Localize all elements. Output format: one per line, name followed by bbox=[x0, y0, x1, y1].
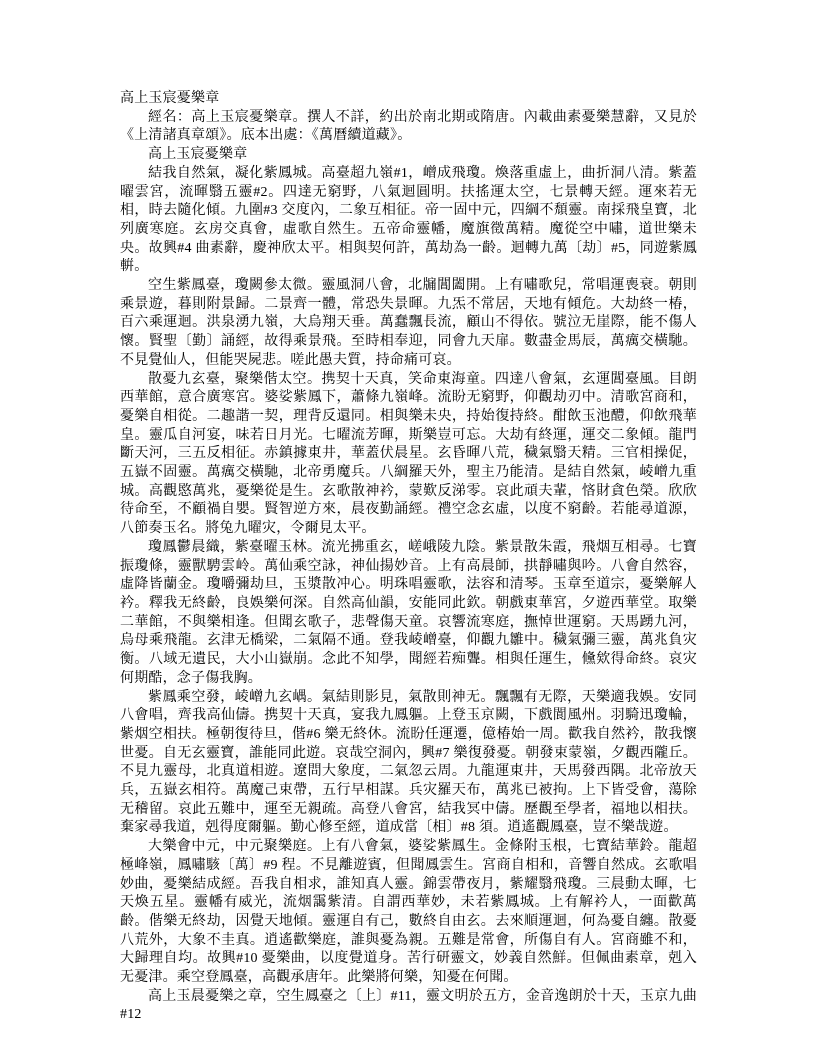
paragraph-stanza-6: 大樂會中元，中元聚樂庭。上有八會氣，婆娑紫鳳生。金條附玉根，七寶結華鈴。龍超極峰… bbox=[120, 838, 697, 988]
document-title: 高上玉宸憂樂章 bbox=[120, 90, 697, 109]
paragraph-closing: 高上玉晨憂樂之章，空生鳳臺之〔上〕#11，靈文明於五方，金音逸朗於十天，玉京九曲… bbox=[120, 988, 697, 1025]
paragraph-inner-title: 高上玉宸憂樂章 bbox=[120, 146, 697, 165]
paragraph-colophon: 經名：高上玉宸憂樂章。撰人不詳，約出於南北期或隋唐。內載曲素憂樂慧辭，又見於《上… bbox=[120, 109, 697, 146]
document-page: 高上玉宸憂樂章 經名：高上玉宸憂樂章。撰人不詳，約出於南北期或隋唐。內載曲素憂樂… bbox=[0, 0, 816, 1056]
paragraph-stanza-2: 空生紫鳳臺，瓊闕參太微。靈風洞八會，北牖閶闔開。上有嘯歌兒，常唱運喪衰。朝則乘景… bbox=[120, 277, 697, 371]
paragraph-stanza-3: 散憂九玄臺，聚樂偕太空。携契十天真，笑命東海童。四達八會氣，玄運閶臺風。目朗西華… bbox=[120, 371, 697, 539]
paragraph-stanza-4: 瓊鳳鬱晨織，紫臺曜玉林。流光拂重玄，嵯峨陵九陰。紫景散朱霞，飛烟互相尋。七寶振瓊… bbox=[120, 539, 697, 689]
paragraph-stanza-5: 紫鳳乘空發，崚嶒九玄嵎。氣結則影見，氣散則神无。飄飄有无際，天樂適我娛。安同八會… bbox=[120, 689, 697, 839]
paragraph-stanza-1: 結我自然氣，凝化紫鳳城。高臺超九嶺#1，嶒成飛瓊。煥落重虛上，曲折洞八清。紫蓋曜… bbox=[120, 165, 697, 277]
